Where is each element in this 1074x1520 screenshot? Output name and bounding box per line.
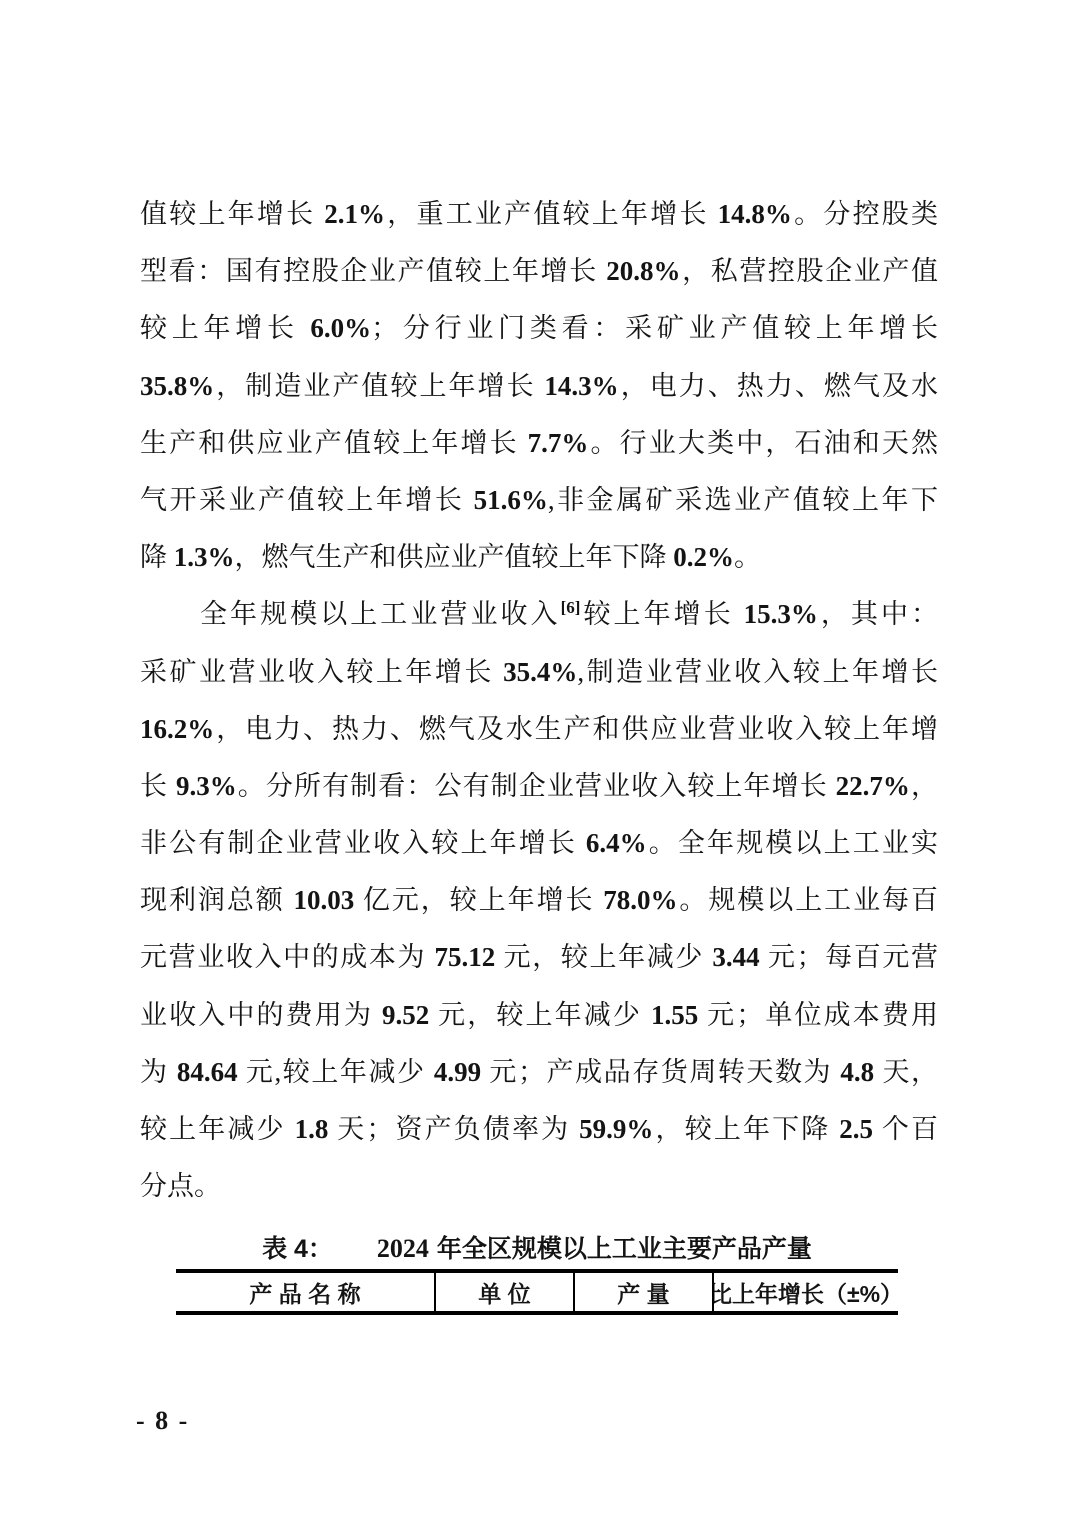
text-run: 值较上年增长 — [140, 199, 324, 229]
text-run: ,制造业营业收入较上年增长 — [577, 657, 938, 687]
statistic-value: 10.03 — [293, 885, 354, 915]
table-header-row: 产 品 名 称单 位产 量比上年增长（±%） — [176, 1273, 898, 1311]
statistic-value: 35.8% — [140, 371, 214, 401]
body-text-line: 全年规模以上工业营业收入[6]较上年增长 15.3%，其中： — [140, 586, 938, 643]
statistic-value: 20.8% — [606, 256, 680, 286]
text-run: 。 — [734, 542, 761, 572]
text-run: 分点。 — [140, 1171, 221, 1201]
text-run: 。全年规模以上工业实 — [647, 828, 938, 858]
body-text: 值较上年增长 2.1%，重工业产值较上年增长 14.8%。分控股类型看：国有控股… — [140, 186, 938, 1215]
table-caption-label: 表 4： — [262, 1235, 333, 1263]
table-caption-title: 年全区规模以上工业主要产品产量 — [437, 1235, 812, 1263]
statistic-value: 0.2% — [673, 542, 734, 572]
table-header-cell: 产 量 — [573, 1273, 712, 1311]
statistic-value: 6.0% — [310, 313, 371, 343]
body-text-line: 业收入中的费用为 9.52 元，较上年减少 1.55 元；单位成本费用 — [140, 987, 938, 1044]
text-run: 天；资产负债率为 — [328, 1114, 579, 1144]
text-run: 。分所有制看：公有制企业营业收入较上年增长 — [237, 771, 836, 801]
statistic-value: 3.44 — [712, 942, 759, 972]
text-run: ，其中： — [818, 599, 938, 629]
body-text-line: 较上年增长 6.0%；分行业门类看：采矿业产值较上年增长 — [140, 300, 938, 357]
text-run: 较上年增长 — [580, 599, 743, 629]
body-text-line: 值较上年增长 2.1%，重工业产值较上年增长 14.8%。分控股类 — [140, 186, 938, 243]
document-page: 值较上年增长 2.1%，重工业产值较上年增长 14.8%。分控股类型看：国有控股… — [0, 0, 1074, 1520]
text-run: 元,较上年减少 — [238, 1057, 434, 1087]
table-caption-year: 2024 — [377, 1234, 429, 1263]
statistic-value: 9.52 — [382, 1000, 429, 1030]
text-run: 生产和供应业产值较上年增长 — [140, 428, 528, 458]
statistic-value: 16.2% — [140, 714, 214, 744]
text-run: ；分行业门类看：采矿业产值较上年增长 — [371, 313, 938, 343]
text-run: 采矿业营业收入较上年增长 — [140, 657, 503, 687]
text-run: 非公有制企业营业收入较上年增长 — [140, 828, 586, 858]
text-run: ,非金属矿采选业产值较上年下 — [548, 485, 938, 515]
text-run: 元；单位成本费用 — [698, 1000, 938, 1030]
text-run: ，电力、热力、燃气及水生产和供应业营业收入较上年增 — [214, 714, 938, 744]
text-run: 气开采业产值较上年增长 — [140, 485, 474, 515]
text-run: ，较上年下降 — [653, 1114, 839, 1144]
text-run: 较上年减少 — [140, 1114, 295, 1144]
text-run: 元营业收入中的成本为 — [140, 942, 435, 972]
footnote-ref: [6] — [561, 598, 581, 617]
body-text-line: 元营业收入中的成本为 75.12 元，较上年减少 3.44 元；每百元营 — [140, 929, 938, 986]
text-run: 亿元，较上年增长 — [354, 885, 603, 915]
body-text-line: 型看：国有控股企业产值较上年增长 20.8%，私营控股企业产值 — [140, 243, 938, 300]
statistic-value: 6.4% — [586, 828, 647, 858]
body-text-line: 降 1.3%，燃气生产和供应业产值较上年下降 0.2%。 — [140, 529, 938, 586]
text-run: 现利润总额 — [140, 885, 293, 915]
statistic-value: 1.8 — [295, 1114, 329, 1144]
table-header-cell: 单 位 — [434, 1273, 573, 1311]
body-text-line: 非公有制企业营业收入较上年增长 6.4%。全年规模以上工业实 — [140, 815, 938, 872]
text-run: 。行业大类中，石油和天然 — [588, 428, 938, 458]
text-run: 元，较上年减少 — [429, 1000, 651, 1030]
statistic-value: 15.3% — [744, 599, 818, 629]
body-text-line: 为 84.64 元,较上年减少 4.99 元；产成品存货周转天数为 4.8 天， — [140, 1044, 938, 1101]
text-run: ，燃气生产和供应业产值较上年下降 — [235, 542, 674, 572]
statistic-value: 75.12 — [435, 942, 496, 972]
body-text-line: 16.2%，电力、热力、燃气及水生产和供应业营业收入较上年增 — [140, 701, 938, 758]
statistic-value: 4.8 — [840, 1057, 874, 1087]
statistic-value: 14.8% — [718, 199, 792, 229]
body-text-line: 35.8%，制造业产值较上年增长 14.3%，电力、热力、燃气及水 — [140, 358, 938, 415]
paragraph: 值较上年增长 2.1%，重工业产值较上年增长 14.8%。分控股类型看：国有控股… — [140, 186, 938, 586]
text-run: 全年规模以上工业营业收入 — [200, 599, 561, 629]
table-caption: 表 4：2024年全区规模以上工业主要产品产量 — [0, 1229, 1074, 1265]
table-header-cell: 比上年增长（±%） — [712, 1273, 898, 1311]
statistic-value: 1.3% — [174, 542, 235, 572]
text-run: 为 — [140, 1057, 177, 1087]
text-run: 。分控股类 — [792, 199, 938, 229]
table-header-cell: 产 品 名 称 — [176, 1273, 434, 1311]
statistic-value: 22.7% — [836, 771, 910, 801]
text-run: ，电力、热力、燃气及水 — [619, 371, 938, 401]
text-run: 业收入中的费用为 — [140, 1000, 382, 1030]
page-number: - 8 - — [136, 1406, 189, 1436]
statistic-value: 59.9% — [579, 1114, 653, 1144]
body-text-line: 气开采业产值较上年增长 51.6%,非金属矿采选业产值较上年下 — [140, 472, 938, 529]
text-run: ，制造业产值较上年增长 — [214, 371, 544, 401]
statistic-value: 2.5 — [839, 1114, 873, 1144]
text-run: 。规模以上工业每百 — [677, 885, 938, 915]
statistic-value: 78.0% — [603, 885, 677, 915]
text-run: 个百 — [873, 1114, 938, 1144]
text-run: ，重工业产值较上年增长 — [385, 199, 718, 229]
body-text-line: 分点。 — [140, 1158, 938, 1215]
text-run: 降 — [140, 542, 174, 572]
statistic-value: 35.4% — [503, 657, 577, 687]
text-run: 较上年增长 — [140, 313, 310, 343]
statistic-value: 4.99 — [434, 1057, 481, 1087]
statistic-value: 9.3% — [176, 771, 237, 801]
body-text-line: 长 9.3%。分所有制看：公有制企业营业收入较上年增长 22.7%， — [140, 758, 938, 815]
text-run: 型看：国有控股企业产值较上年增长 — [140, 256, 606, 286]
statistic-value: 1.55 — [651, 1000, 698, 1030]
products-table: 产 品 名 称单 位产 量比上年增长（±%） — [176, 1269, 898, 1315]
text-run: 元；每百元营 — [760, 942, 938, 972]
statistic-value: 84.64 — [177, 1057, 238, 1087]
text-run: 长 — [140, 771, 176, 801]
body-text-line: 生产和供应业产值较上年增长 7.7%。行业大类中，石油和天然 — [140, 415, 938, 472]
text-run: ，私营控股企业产值 — [680, 256, 938, 286]
body-text-line: 较上年减少 1.8 天；资产负债率为 59.9%，较上年下降 2.5 个百 — [140, 1101, 938, 1158]
body-text-line: 现利润总额 10.03 亿元，较上年增长 78.0%。规模以上工业每百 — [140, 872, 938, 929]
statistic-value: 14.3% — [544, 371, 618, 401]
statistic-value: 51.6% — [474, 485, 548, 515]
text-run: 天， — [874, 1057, 938, 1087]
paragraph: 全年规模以上工业营业收入[6]较上年增长 15.3%，其中：采矿业营业收入较上年… — [140, 586, 938, 1215]
statistic-value: 2.1% — [324, 199, 385, 229]
body-text-line: 采矿业营业收入较上年增长 35.4%,制造业营业收入较上年增长 — [140, 644, 938, 701]
text-run: ， — [910, 771, 938, 801]
statistic-value: 7.7% — [528, 428, 589, 458]
text-run: 元，较上年减少 — [495, 942, 712, 972]
text-run: 元；产成品存货周转天数为 — [481, 1057, 840, 1087]
